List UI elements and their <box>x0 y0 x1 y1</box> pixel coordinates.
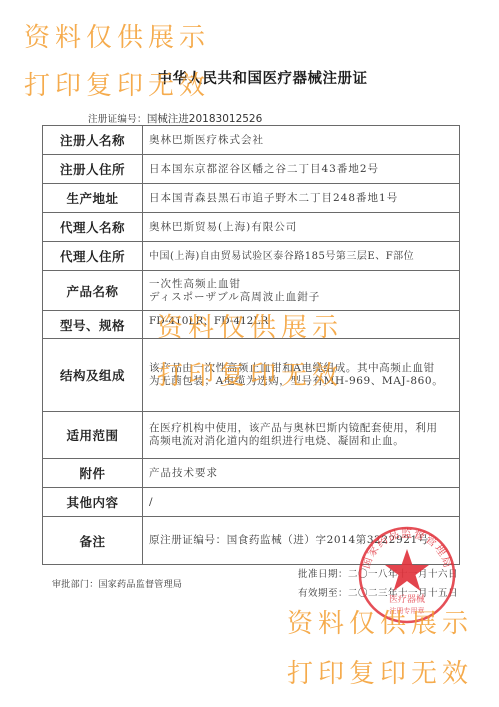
table-row: 代理人住所 中国(上海)自由贸易试验区泰谷路185号第三层E、F部位 <box>43 242 460 271</box>
registration-number-value: 国械注进20183012526 <box>147 113 263 125</box>
table-row: 其他内容 / <box>43 488 460 517</box>
value-line: 中国(上海)自由贸易试验区泰谷路185号第三层E、F部位 <box>149 250 459 263</box>
row-value: 一次性高频止血钳 ディスポーザブル高周波止血鉗子 <box>143 271 460 311</box>
certificate-table: 注册人名称 奥林巴斯医疗株式会社 注册人住所 日本国东京都涩谷区幡之谷二丁目43… <box>42 125 460 565</box>
table-row: 代理人名称 奥林巴斯贸易(上海)有限公司 <box>43 213 460 242</box>
row-value: 日本国青森县黑石市追子野木二丁目248番地1号 <box>143 184 460 213</box>
table-row: 附件 产品技术要求 <box>43 459 460 488</box>
row-label: 代理人名称 <box>43 213 143 242</box>
table-row: 注册人住所 日本国东京都涩谷区幡之谷二丁目43番地2号 <box>43 155 460 184</box>
value-line: 一次性高频止血钳 <box>149 278 459 291</box>
row-value: / <box>143 488 460 517</box>
row-label: 其他内容 <box>43 488 143 517</box>
row-value: 产品技术要求 <box>143 459 460 488</box>
value-line: / <box>149 496 459 509</box>
registration-number: 注册证编号：国械注进20183012526 <box>88 111 262 126</box>
row-label: 产品名称 <box>43 271 143 311</box>
row-label: 附件 <box>43 459 143 488</box>
watermark-line2-bottom: 打印复印无效 <box>287 659 473 689</box>
watermark-line2-top: 打印复印无效 <box>24 71 210 101</box>
row-label: 注册人名称 <box>43 126 143 155</box>
row-label: 生产地址 <box>43 184 143 213</box>
value-line: 奥林巴斯贸易(上海)有限公司 <box>149 221 459 234</box>
table-row: 适用范围 在医疗机构中使用，该产品与奥林巴斯内镜配套使用，利用 高频电流对消化道… <box>43 412 460 459</box>
row-label: 备注 <box>43 517 143 565</box>
table-row: 注册人名称 奥林巴斯医疗株式会社 <box>43 126 460 155</box>
value-line: 高频电流对消化道内的组织进行电烧、凝固和止血。 <box>149 435 459 448</box>
registration-number-label: 注册证编号： <box>88 114 147 125</box>
approval-department: 审批部门：国家药品监督管理局 <box>52 577 182 590</box>
table-row: 产品名称 一次性高频止血钳 ディスポーザブル高周波止血鉗子 <box>43 271 460 311</box>
row-value: 奥林巴斯医疗株式会社 <box>143 126 460 155</box>
row-value: 在医疗机构中使用，该产品与奥林巴斯内镜配套使用，利用 高频电流对消化道内的组织进… <box>143 412 460 459</box>
row-label: 型号、规格 <box>43 311 143 339</box>
row-value: 日本国东京都涩谷区幡之谷二丁目43番地2号 <box>143 155 460 184</box>
table-row: 生产地址 日本国青森县黑石市追子野木二丁目248番地1号 <box>43 184 460 213</box>
row-value: 奥林巴斯贸易(上海)有限公司 <box>143 213 460 242</box>
value-line: 产品技术要求 <box>149 467 459 480</box>
row-label: 结构及组成 <box>43 339 143 412</box>
row-value: 中国(上海)自由贸易试验区泰谷路185号第三层E、F部位 <box>143 242 460 271</box>
seal-inner-line1: 医疗器械 <box>389 593 425 605</box>
row-label: 注册人住所 <box>43 155 143 184</box>
value-line: 日本国东京都涩谷区幡之谷二丁目43番地2号 <box>149 163 459 176</box>
value-line: ディスポーザブル高周波止血鉗子 <box>149 291 459 304</box>
watermark-line1-bottom: 资料仅供展示 <box>287 609 473 639</box>
watermark-line1-middle: 资料仅供展示 <box>157 313 343 343</box>
value-line: 日本国青森县黑石市追子野木二丁目248番地1号 <box>149 192 459 205</box>
row-label: 适用范围 <box>43 412 143 459</box>
row-label: 代理人住所 <box>43 242 143 271</box>
watermark-line2-middle: 打印复印无效 <box>157 361 343 391</box>
value-line: 奥林巴斯医疗株式会社 <box>149 134 459 147</box>
watermark-line1-top: 资料仅供展示 <box>24 23 210 53</box>
value-line: 在医疗机构中使用，该产品与奥林巴斯内镜配套使用，利用 <box>149 422 459 435</box>
